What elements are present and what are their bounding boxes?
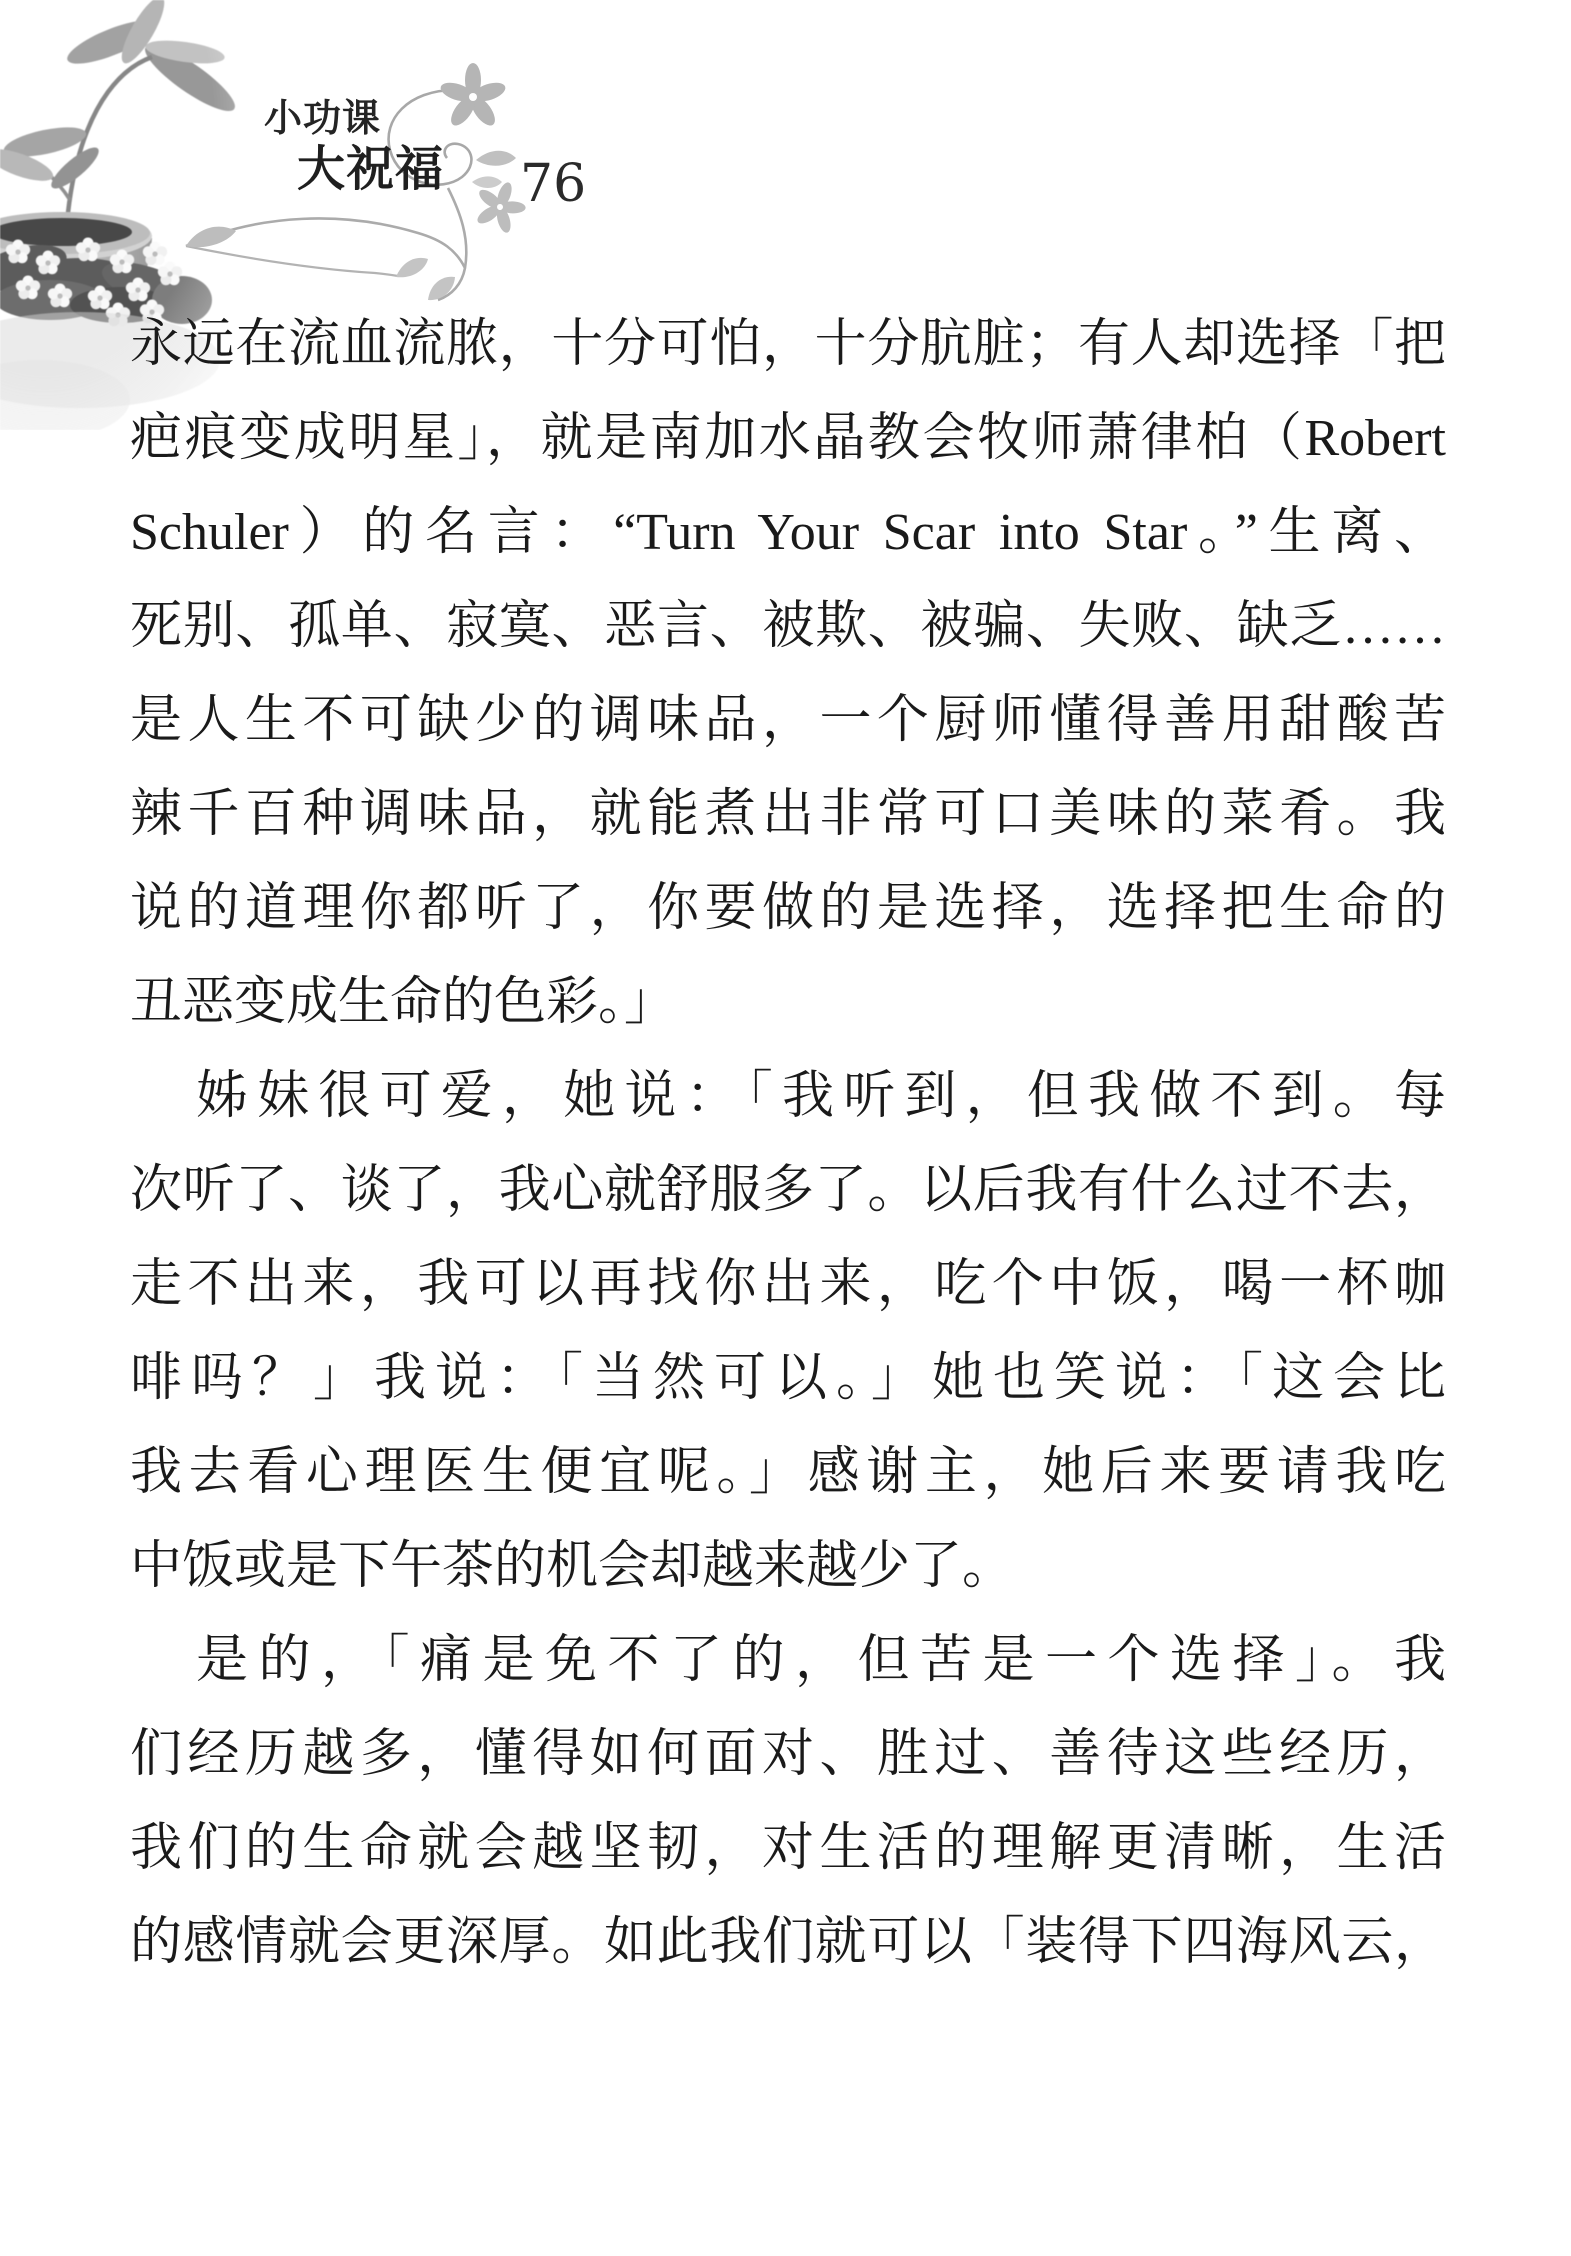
body-line: 次听了、谈了，我心就舒服多了。以后我有什么过不去， xyxy=(130,1144,1446,1238)
body-line: 我去看心理医生便宜呢。」感谢主，她后来要请我吃 xyxy=(130,1426,1446,1520)
body-line: 啡吗？」我说：「当然可以。」她也笑说：「这会比 xyxy=(130,1332,1446,1426)
body-line: 是的，「痛是免不了的，但苦是一个选择」。我 xyxy=(130,1614,1446,1708)
book-page: 小功课 大祝福 76 永远在流血流脓，十分可怕，十分肮脏；有人却选择「把 疤痕变… xyxy=(0,0,1571,2256)
body-line: Schuler）的名言：“Turn Your Scar into Star。”生… xyxy=(130,486,1446,580)
vine-flourish-icon xyxy=(150,40,750,320)
body-line: 是人生不可缺少的调味品，一个厨师懂得善用甜酸苦 xyxy=(130,674,1446,768)
body-line: 永远在流血流脓，十分可怕，十分肮脏；有人却选择「把 xyxy=(130,298,1446,392)
body-line: 中饭或是下午茶的机会却越来越少了。 xyxy=(130,1520,1446,1614)
body-text: 永远在流血流脓，十分可怕，十分肮脏；有人却选择「把 疤痕变成明星」，就是南加水晶… xyxy=(130,298,1446,1990)
page-number: 76 xyxy=(520,158,586,210)
body-line: 走不出来，我可以再找你出来，吃个中饭，喝一杯咖 xyxy=(130,1238,1446,1332)
body-line: 说的道理你都听了，你要做的是选择，选择把生命的 xyxy=(130,862,1446,956)
body-line: 姊妹很可爱，她说：「我听到，但我做不到。每 xyxy=(130,1050,1446,1144)
header-subtitle: 小功课 xyxy=(264,100,381,138)
body-line: 们经历越多，懂得如何面对、胜过、善待这些经历， xyxy=(130,1708,1446,1802)
header-title: 大祝福 xyxy=(297,146,444,194)
body-line: 疤痕变成明星」，就是南加水晶教会牧师萧律柏（Robert xyxy=(130,392,1446,486)
body-line: 我们的生命就会越坚韧，对生活的理解更清晰，生活 xyxy=(130,1802,1446,1896)
body-line: 的感情就会更深厚。如此我们就可以「装得下四海风云， xyxy=(130,1896,1446,1990)
body-line: 辣千百种调味品，就能煮出非常可口美味的菜肴。我 xyxy=(130,768,1446,862)
body-line: 丑恶变成生命的色彩。」 xyxy=(130,956,1446,1050)
body-line: 死别、孤单、寂寞、恶言、被欺、被骗、失败、缺乏…… xyxy=(130,580,1446,674)
